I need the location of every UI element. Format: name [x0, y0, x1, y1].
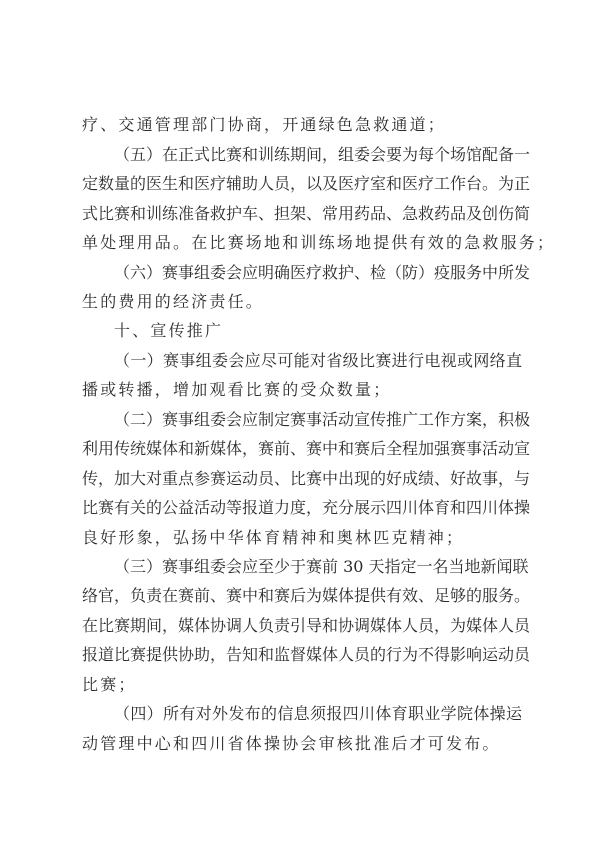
paragraph-6-start: （六）赛事组委会应明确医疗救护、检（防）疫服务中所发 — [114, 263, 522, 283]
paragraph-1-start: （一）赛事组委会应尽可能对省级比赛进行电视或网络直 — [114, 351, 522, 371]
text-line: 报道比赛提供协助，告知和监督媒体人员的行为不得影响运动员 — [82, 645, 522, 665]
text-line: 利用传统媒体和新媒体，赛前、赛中和赛后全程加强赛事活动宣 — [82, 439, 522, 459]
text-line: 络官，负责在赛前、赛中和赛后为媒体提供有效、足够的服务。 — [82, 586, 522, 606]
text-line: 比赛有关的公益活动等报道力度，充分展示四川体育和四川体操 — [82, 498, 522, 518]
paragraph-4-start: （四）所有对外发布的信息须报四川体育职业学院体操运 — [114, 704, 522, 724]
text-line: 式比赛和训练准备救护车、担架、常用药品、急救药品及创伤简 — [82, 204, 522, 224]
text-line: 定数量的医生和医疗辅助人员，以及医疗室和医疗工作台。为正 — [82, 174, 522, 194]
section-heading: 十、宣传推广 — [114, 321, 522, 341]
text-line: 播或转播，增加观看比赛的受众数量； — [82, 380, 522, 400]
text-line: 生的费用的经济责任。 — [82, 292, 522, 312]
text-line: 疗、交通管理部门协商，开通绿色急救通道； — [82, 115, 522, 135]
text-line: 在比赛期间，媒体协调人负责引导和协调媒体人员，为媒体人员 — [82, 616, 522, 636]
paragraph-2-start: （二）赛事组委会应制定赛事活动宣传推广工作方案，积极 — [114, 410, 522, 430]
document-page: 疗、交通管理部门协商，开通绿色急救通道； （五）在正式比赛和训练期间，组委会要为… — [0, 0, 600, 848]
text-line: 比赛； — [82, 675, 522, 695]
paragraph-5-start: （五）在正式比赛和训练期间，组委会要为每个场馆配备一 — [114, 145, 522, 165]
text-line: 良好形象，弘扬中华体育精神和奥林匹克精神； — [82, 528, 522, 548]
text-line: 传，加大对重点参赛运动员、比赛中出现的好成绩、好故事，与 — [82, 469, 522, 489]
text-line: 单处理用品。在比赛场地和训练场地提供有效的急救服务； — [82, 233, 522, 253]
paragraph-3-start: （三）赛事组委会应至少于赛前 30 天指定一名当地新闻联 — [114, 557, 522, 577]
text-line: 动管理中心和四川省体操协会审核批准后才可发布。 — [82, 734, 522, 754]
